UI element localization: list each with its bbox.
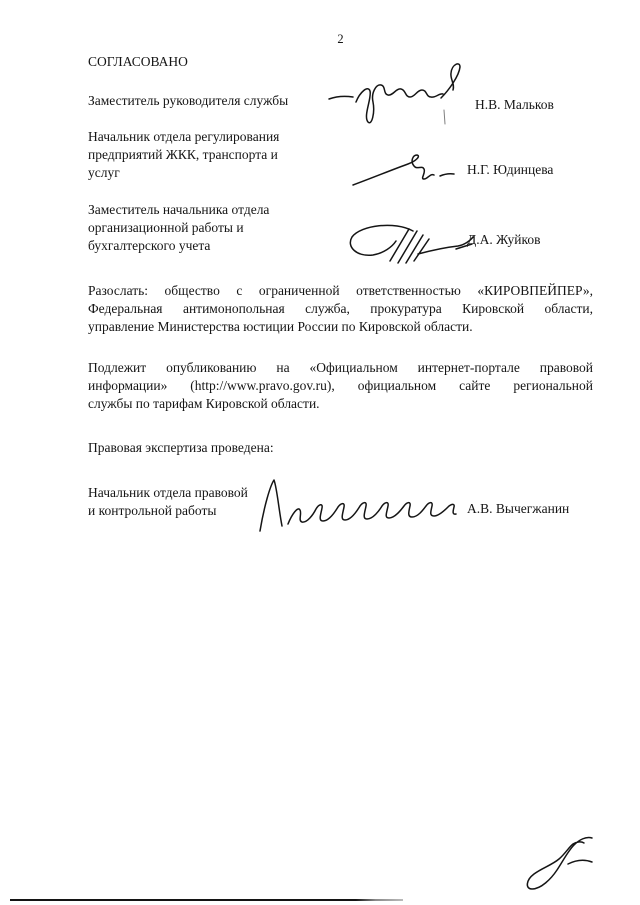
page-bottom-rule — [10, 899, 403, 901]
vychegzhanin-signature-icon — [252, 473, 464, 535]
document-page: 2 СОГЛАСОВАНО Заместитель руководителя с… — [0, 0, 640, 905]
yudintseva-signature-icon — [350, 150, 462, 190]
signatory-title-3: Заместитель начальника отдела организаци… — [88, 201, 363, 255]
page-number: 2 — [88, 30, 593, 48]
legal-review-statement: Правовая экспертиза проведена: — [88, 439, 274, 457]
distribution-paragraph: Разослать: общество с ограниченной ответ… — [88, 282, 593, 336]
signatory-title-2: Начальник отдела регулирования предприят… — [88, 128, 363, 182]
paragraph-line: управление Министерства юстиции России п… — [88, 318, 593, 336]
signatory-title-1: Заместитель руководителя службы — [88, 92, 363, 110]
signatory-name-3: Д.А. Жуйков — [467, 231, 541, 249]
approved-heading: СОГЛАСОВАНО — [88, 53, 188, 71]
paragraph-line: Подлежит опубликованию на «Официальном и… — [88, 359, 593, 377]
malkov-signature-icon — [323, 60, 473, 128]
signatory-name-2: Н.Г. Юдинцева — [467, 161, 553, 179]
paragraph-line: службы по тарифам Кировской области. — [88, 395, 593, 413]
initials-signature-icon — [516, 834, 602, 896]
publication-paragraph: Подлежит опубликованию на «Официальном и… — [88, 359, 593, 413]
paragraph-line: Федеральная антимонопольная служба, прок… — [88, 300, 593, 318]
zhuikov-signature-icon — [333, 218, 475, 270]
paragraph-line: Разослать: общество с ограниченной ответ… — [88, 282, 593, 300]
signatory-name-1: Н.В. Мальков — [475, 96, 554, 114]
legal-review-name: А.В. Вычегжанин — [467, 500, 569, 518]
paragraph-line: информации» (http://www.pravo.gov.ru), о… — [88, 377, 593, 395]
